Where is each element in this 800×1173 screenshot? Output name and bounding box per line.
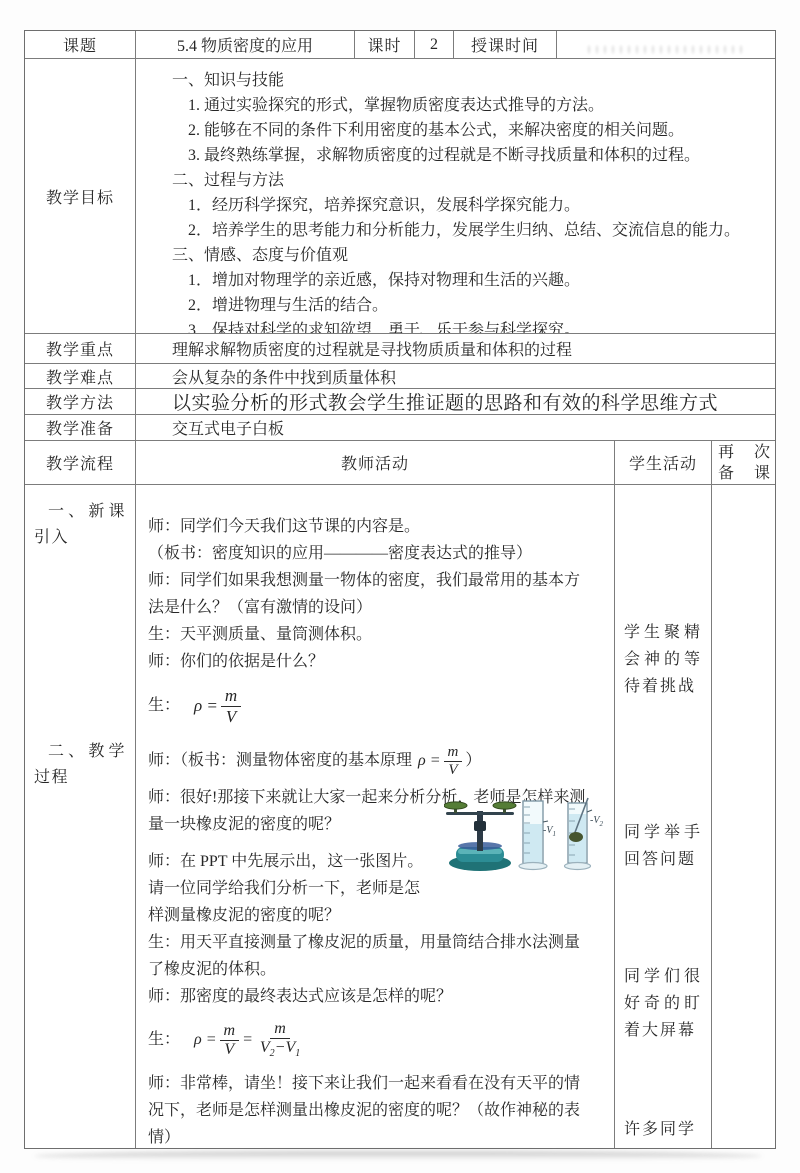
preparation-label: 教学准备 (25, 415, 136, 440)
equals-sign: = (242, 1031, 253, 1049)
teacher-line: （板书：密度知识的应用————密度表达式的推导） (148, 540, 606, 567)
re-prepare-column (712, 485, 776, 1148)
goal-line: 3. 最终熟练掌握，求解物质密度的过程就是不断寻找质量和体积的过程。 (150, 143, 767, 168)
goal-section: 二、过程与方法 (150, 168, 767, 193)
focus-text: 理解求解物质密度的过程就是寻找物质质量和体积的过程 (136, 334, 775, 363)
preparation-row: 教学准备 交互式电子白板 (25, 415, 775, 441)
cylinder-v2-label: -V2 (590, 807, 603, 838)
rho-equals: ρ = (194, 697, 218, 716)
time-value-cell (557, 31, 775, 58)
re-prepare-line1: 再 次 (718, 442, 770, 463)
goal-section: 三、情感、态度与价值观 (150, 243, 767, 268)
teacher-line: 师：非常棒，请坐！接下来让我们一起来看看在没有天平的情 (148, 1070, 606, 1097)
flow-body-row: 一、新课引入 二、教学过程 师：同学们今天我们这节课的内容是。 （板书：密度知识… (25, 485, 775, 1148)
board-note-text: 师：（板书：测量物体密度的基本原理 (148, 752, 412, 770)
formula-speaker: 生： (148, 1031, 180, 1049)
fraction-m-over-V: m V (444, 744, 463, 779)
balance-and-cylinders-image (444, 797, 614, 873)
period-label: 课时 (355, 31, 415, 58)
cylinder-v1-label: -V1 (543, 817, 556, 848)
teacher-line: 师：你们的依据是什么？ (148, 648, 606, 675)
goal-line: 2．增进物理与生活的结合。 (150, 293, 767, 318)
board-note-close: ） (465, 752, 481, 770)
goal-line: 1. 通过实验探究的形式，掌握物质密度表达式推导的方法。 (150, 93, 767, 118)
stage-new-lesson: 一、新课引入 (34, 499, 126, 551)
student-reply-line: 了橡皮泥的体积。 (148, 956, 606, 983)
experiment-illustration: -V1 -V2 (444, 797, 614, 873)
preparation-text: 交互式电子白板 (136, 415, 775, 440)
scan-shadow (34, 1151, 762, 1161)
fraction-m-over-V: m V (220, 1022, 240, 1059)
time-label: 授课时间 (454, 31, 557, 58)
goal-line: 3．保持对科学的求知欲望，勇于、乐于参与科学探究。 (150, 318, 767, 333)
rho-equals: ρ = (418, 752, 440, 770)
teacher-activity-column: 师：同学们今天我们这节课的内容是。 （板书：密度知识的应用————密度表达式的推… (136, 485, 615, 1148)
student-note: 许多同学 (624, 1116, 702, 1143)
student-activity-header: 学生活动 (615, 441, 712, 484)
formula-density-final: 生： ρ = m V = m V2−V1 (148, 1016, 606, 1064)
student-note: 同学举手回答问题 (624, 819, 702, 873)
goal-line: 2．培养学生的思考能力和分析能力，发展学生归纳、总结、交流信息的能力。 (150, 218, 767, 243)
goals-row: 教学目标 一、知识与技能 1. 通过实验探究的形式，掌握物质密度表达式推导的方法… (25, 59, 775, 334)
focus-label: 教学重点 (25, 334, 136, 363)
re-prepare-line2: 备课 (718, 463, 770, 484)
method-label: 教学方法 (25, 389, 136, 414)
goal-line: 1．增加对物理学的亲近感，保持对物理和生活的兴趣。 (150, 268, 767, 293)
lesson-plan-page: 课题 5.4 物质密度的应用 课时 2 授课时间 教学目标 一、知识与技能 1.… (0, 0, 800, 1173)
teacher-line: 样测量橡皮泥的密度的呢？ (148, 902, 606, 929)
topic-value: 5.4 物质密度的应用 (136, 31, 355, 58)
difficulty-row: 教学难点 会从复杂的条件中找到质量体积 (25, 364, 775, 389)
lesson-plan-table: 课题 5.4 物质密度的应用 课时 2 授课时间 教学目标 一、知识与技能 1.… (24, 30, 776, 1149)
teacher-line: 师：那密度的最终表达式应该是怎样的呢？ (148, 983, 606, 1010)
period-value: 2 (415, 31, 454, 58)
re-prepare-header: 再 次 备课 (712, 441, 776, 484)
difficulty-text: 会从复杂的条件中找到质量体积 (136, 364, 775, 388)
student-reply-line: 生：天平测质量、量筒测体积。 (148, 621, 606, 648)
rho-equals: ρ = (194, 1031, 216, 1049)
teacher-line: 师：同学们今天我们这节课的内容是。 (148, 513, 606, 540)
difficulty-label: 教学难点 (25, 364, 136, 388)
flow-label: 教学流程 (25, 441, 136, 484)
fraction-m-over-V2-minus-V1: m V2−V1 (256, 1020, 304, 1059)
student-activity-column: 学生聚精会神的等待着挑战 同学举手回答问题 同学们很好奇的盯着大屏幕 许多同学 (615, 485, 712, 1148)
teacher-line: 况下，老师是怎样测量出橡皮泥的密度的呢？（故作神秘的表 (148, 1097, 606, 1124)
title-row: 课题 5.4 物质密度的应用 课时 2 授课时间 (25, 31, 775, 59)
teacher-line: 情） (148, 1124, 606, 1148)
goals-label: 教学目标 (25, 59, 136, 333)
teacher-line: 法是什么？（富有激情的设问） (148, 594, 606, 621)
student-note: 同学们很好奇的盯着大屏幕 (624, 963, 702, 1044)
handwriting-smudge (588, 46, 745, 53)
method-row: 教学方法 以实验分析的形式教会学生推证题的思路和有效的科学思维方式 (25, 389, 775, 415)
goal-section: 一、知识与技能 (150, 68, 767, 93)
board-note-formula-line: 师：（板书：测量物体密度的基本原理 ρ = m V ） (148, 738, 606, 784)
teacher-activity-header: 教师活动 (136, 441, 615, 484)
topic-label: 课题 (25, 31, 136, 58)
formula-density-basic: 生： ρ = m V (148, 682, 606, 730)
stage-column: 一、新课引入 二、教学过程 (25, 485, 136, 1148)
student-reply-line: 生：用天平直接测量了橡皮泥的质量，用量筒结合排水法测量 (148, 929, 606, 956)
student-note: 学生聚精会神的等待着挑战 (624, 619, 702, 700)
formula-speaker: 生： (148, 697, 180, 715)
fraction-m-over-V: m V (221, 686, 241, 725)
flow-header-row: 教学流程 教师活动 学生活动 再 次 备课 (25, 441, 775, 485)
focus-row: 教学重点 理解求解物质密度的过程就是寻找物质质量和体积的过程 (25, 334, 775, 364)
stage-teaching-process: 二、教学过程 (34, 739, 126, 791)
goal-line: 1．经历科学探究，培养探究意识，发展科学探究能力。 (150, 193, 767, 218)
goals-content: 一、知识与技能 1. 通过实验探究的形式，掌握物质密度表达式推导的方法。 2. … (136, 59, 775, 333)
goal-line: 2. 能够在不同的条件下利用密度的基本公式，来解决密度的相关问题。 (150, 118, 767, 143)
teacher-line: 请一位同学给我们分析一下，老师是怎 (148, 875, 606, 902)
method-text: 以实验分析的形式教会学生推证题的思路和有效的科学思维方式 (136, 389, 775, 414)
teacher-line: 师：同学们如果我想测量一物体的密度，我们最常用的基本方 (148, 567, 606, 594)
